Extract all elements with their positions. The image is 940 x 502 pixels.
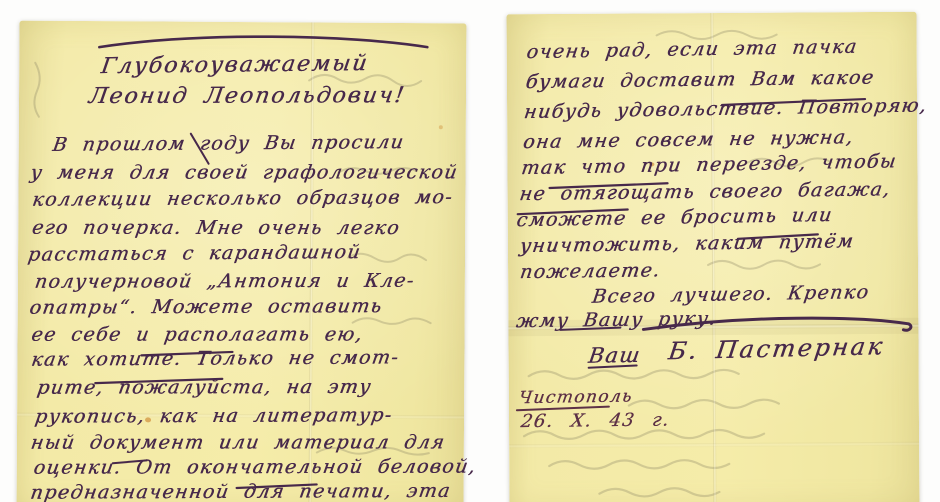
signature-prefix: Ваш [587, 343, 643, 368]
handwritten-line: рите, пожалуйста, на эту [36, 376, 374, 399]
handwritten-line: опатры“. Можете оставить [28, 295, 384, 319]
handwritten-line: рукопись, как на литератур- [33, 404, 394, 428]
handwritten-line: как хотите. Только не смот- [30, 346, 401, 370]
handwritten-line: ный документ или материал для [29, 431, 447, 453]
letter-page-1: Глубокоуважаемый Леонид Леопольдович! В … [17, 21, 467, 502]
greeting-line: Леонид Леопольдович! [87, 83, 407, 109]
handwritten-line: пожелаете. [518, 259, 662, 283]
handwritten-line: оценки. От окончательной беловой, [32, 456, 478, 479]
letter-scan: Глубокоуважаемый Леонид Леопольдович! В … [0, 0, 940, 502]
handwritten-line: расстаться с карандашной [26, 241, 362, 266]
handwritten-line: коллекции несколько образцов мо- [31, 186, 455, 211]
handwritten-line: предназначенной для печати, эта [29, 480, 453, 502]
handwritten-line: уничтожить, каким путём [518, 230, 855, 257]
handwritten-line: нибудь удовольствие. Повторяю, — [523, 94, 940, 123]
handwritten-line: сможете ее бросить или [515, 204, 834, 231]
handwritten-line: очень рад, если эта пачка [525, 36, 859, 63]
handwritten-line: получерновой „Антония и Кле- [33, 270, 416, 293]
handwritten-line: его почерка. Мне очень легко [30, 217, 401, 239]
handwritten-line: ее себе и располагать ею, [30, 323, 365, 345]
handwritten-line: В прошлом году Вы просили [51, 131, 406, 156]
handwritten-line: жму Вашу руку. [515, 308, 718, 333]
handwritten-line: так что при переезде, чтобы [520, 150, 898, 179]
handwritten-line: не отягощать своего багажа, [518, 178, 892, 205]
dateline-date: 26. X. 43 г. [519, 409, 671, 432]
dateline-place: Чистополь [517, 386, 634, 408]
handwritten-line: она мне совсем не нужна, [522, 126, 856, 153]
greeting-line: Глубокоуважаемый [99, 51, 370, 79]
signature-name: Б. Пастернак [667, 332, 887, 365]
foxing-spot [439, 125, 443, 129]
handwritten-line: бумаги доставит Вам какое [524, 67, 876, 94]
handwritten-line: Всего лучшего. Крепко [591, 281, 871, 308]
handwritten-line: у меня для своей графологической [29, 161, 460, 183]
letter-page-2: очень рад, если эта пачка бумаги достави… [506, 12, 919, 502]
